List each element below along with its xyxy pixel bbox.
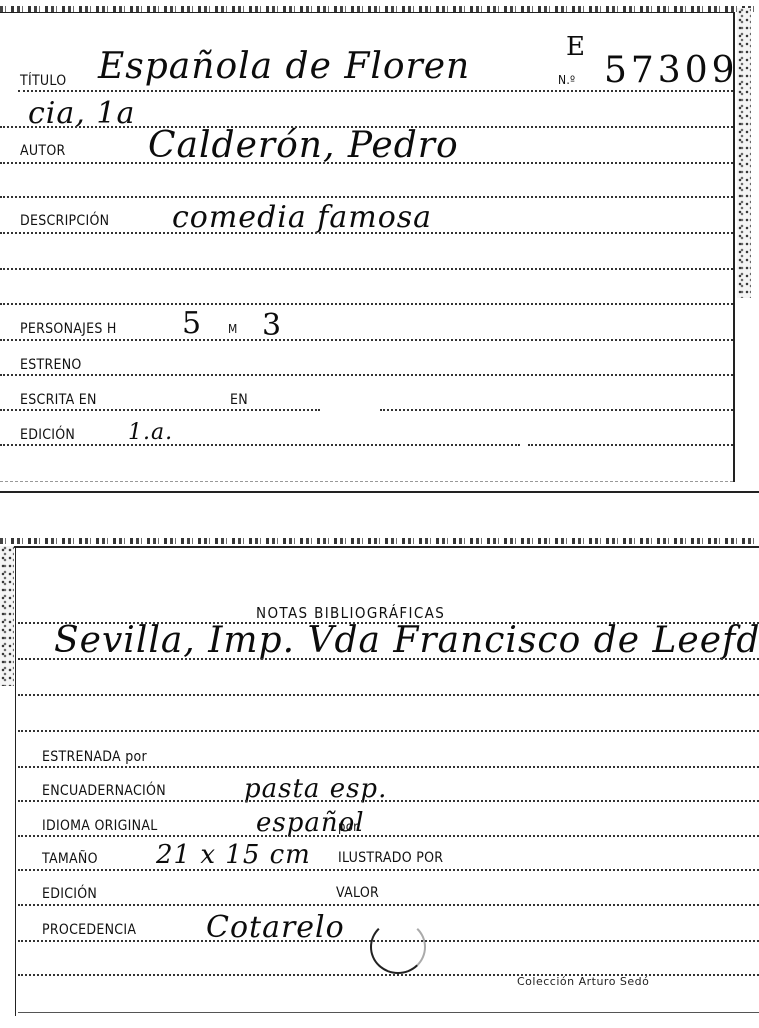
- edicion-rule-a: [0, 444, 520, 446]
- escrita-en-label-2: EN: [230, 392, 248, 408]
- edicion-rule-b: [528, 444, 733, 446]
- notas-rule-3: [18, 694, 759, 696]
- estrenada-por-label: ESTRENADA por: [42, 749, 147, 765]
- notas-value: Sevilla, Imp. Vda Francisco de Leefdael: [54, 620, 759, 661]
- escrita-en-rule-b: [380, 409, 733, 411]
- edicion-value: 1.a.: [128, 420, 173, 445]
- collection-credit: Colección Arturo Sedó: [517, 975, 649, 988]
- tamano-rule: [18, 869, 759, 871]
- autor-label: AUTOR: [20, 143, 66, 159]
- descripcion-rule: [0, 232, 733, 234]
- card-bottom-faint-rule: [0, 481, 733, 482]
- blank-rule-2: [0, 268, 733, 270]
- autor-value: Calderón, Pedro: [148, 125, 459, 166]
- personajes-m-value: 3: [262, 308, 282, 343]
- catalog-card-back: NOTAS BIBLIOGRÁFICAS Sevilla, Imp. Vda F…: [0, 538, 759, 1028]
- personajes-rule: [0, 339, 733, 341]
- valor-label: VALOR: [336, 885, 379, 901]
- card-edge-wear: [737, 8, 751, 298]
- blank-rule-1: [0, 196, 733, 198]
- blank-rule-3: [0, 303, 733, 305]
- idioma-original-rule: [18, 835, 759, 837]
- card-top-edge: [0, 538, 759, 544]
- estreno-rule: [0, 374, 733, 376]
- procedencia-label: PROCEDENCIA: [42, 922, 136, 938]
- card-border-top: [0, 12, 735, 13]
- estreno-label: ESTRENO: [20, 357, 82, 373]
- numero-label: N.º: [558, 73, 575, 87]
- personajes-label: PERSONAJES H: [20, 321, 117, 337]
- notas-rule-4: [18, 730, 759, 732]
- descripcion-value: comedia famosa: [172, 200, 432, 235]
- notas-rule-2: [18, 658, 759, 660]
- procedencia-rule: [18, 940, 759, 942]
- edicion-back-rule: [18, 904, 759, 906]
- catalog-card-front: TÍTULO Española de Floren N.º E 57309 ci…: [0, 0, 759, 495]
- card-border-left: [15, 546, 16, 1016]
- titulo-label: TÍTULO: [20, 73, 66, 89]
- encuadernacion-label: ENCUADERNACIÓN: [42, 783, 166, 799]
- numero-prefix-mark: E: [566, 32, 586, 62]
- card-border-bottom: [18, 1012, 759, 1013]
- personajes-m-label: M: [228, 322, 238, 336]
- ink-stamp-mark: [370, 920, 426, 974]
- tamano-label: TAMAÑO: [42, 851, 98, 867]
- tamano-value: 21 x 15 cm: [156, 840, 311, 870]
- card-edge-wear: [0, 546, 14, 686]
- ilustrado-por-label: ILUSTRADO POR: [338, 850, 443, 866]
- personajes-h-value: 5: [182, 306, 202, 341]
- titulo-rule: [18, 90, 733, 92]
- card-border-top: [12, 546, 759, 548]
- idioma-original-label: IDIOMA ORIGINAL: [42, 818, 158, 834]
- edicion-back-label: EDICIÓN: [42, 886, 97, 902]
- autor-rule: [0, 162, 733, 164]
- encuadernacion-rule: [18, 800, 759, 802]
- numero-value: 57309: [604, 50, 739, 91]
- card-border-bottom: [0, 491, 759, 493]
- escrita-en-rule-a: [0, 409, 320, 411]
- escrita-en-label: ESCRITA EN: [20, 392, 97, 408]
- titulo-value: Española de Floren: [98, 46, 470, 87]
- estrenada-por-rule: [18, 766, 759, 768]
- idioma-por-label: por: [338, 820, 358, 835]
- descripcion-label: DESCRIPCIÓN: [20, 213, 109, 229]
- edicion-label: EDICIÓN: [20, 427, 75, 443]
